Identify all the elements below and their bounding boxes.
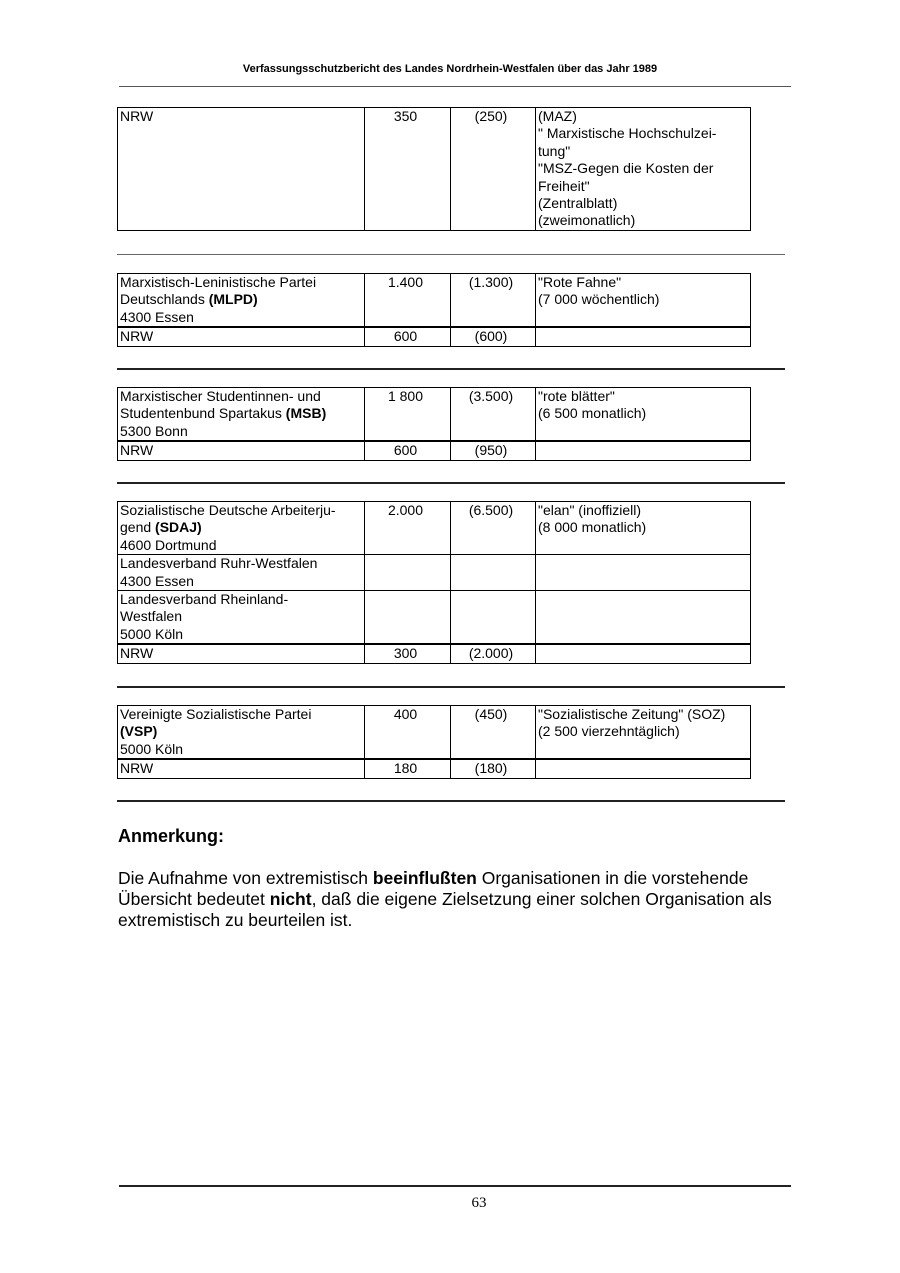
table-row: NRW350(250)(MAZ)" Marxistische Hochschul… <box>118 108 751 231</box>
publication-cell: "rote blätter"(6 500 monatlich) <box>536 388 751 442</box>
organization-name-cell: NRW <box>118 644 365 663</box>
header-divider <box>119 86 791 87</box>
organization-table: Marxistisch-Leninistische ParteiDeutschl… <box>117 273 751 347</box>
page-header-title: Verfassungsschutzbericht des Landes Nord… <box>0 63 900 75</box>
section-divider <box>117 254 785 255</box>
organization-table: Marxistischer Studentinnen- undStudenten… <box>117 387 751 461</box>
organization-name-cell: Marxistischer Studentinnen- undStudenten… <box>118 388 365 442</box>
table-row: NRW600(950) <box>118 441 751 460</box>
publication-cell: "Sozialistische Zeitung" (SOZ)(2 500 vie… <box>536 706 751 760</box>
members-cell: 1 800 <box>365 388 451 442</box>
organization-name-cell: Landesverband Ruhr-Westfalen4300 Essen <box>118 555 365 591</box>
members-cell <box>365 591 451 645</box>
organization-table: NRW350(250)(MAZ)" Marxistische Hochschul… <box>117 107 751 231</box>
organization-abbreviation: (VSP) <box>120 723 157 739</box>
previous-year-cell <box>451 591 536 645</box>
members-cell: 600 <box>365 441 451 460</box>
organization-table: Vereinigte Sozialistische Partei(VSP)500… <box>117 705 751 779</box>
publication-cell <box>536 644 751 663</box>
table-row: Landesverband Ruhr-Westfalen4300 Essen <box>118 555 751 591</box>
previous-year-cell: (250) <box>451 108 536 231</box>
organization-name-cell: Vereinigte Sozialistische Partei(VSP)500… <box>118 706 365 760</box>
members-cell: 300 <box>365 644 451 663</box>
section-divider <box>117 482 785 484</box>
previous-year-cell: (450) <box>451 706 536 760</box>
publication-cell <box>536 441 751 460</box>
organization-name-cell: Landesverband Rheinland-Westfalen5000 Kö… <box>118 591 365 645</box>
previous-year-cell <box>451 555 536 591</box>
previous-year-cell: (6.500) <box>451 502 536 555</box>
organization-table: Sozialistische Deutsche Arbeiterju-gend … <box>117 501 751 664</box>
publication-cell <box>536 327 751 346</box>
members-cell: 400 <box>365 706 451 760</box>
organization-abbreviation: (MLPD) <box>209 291 258 307</box>
section-divider <box>117 800 785 802</box>
previous-year-cell: (2.000) <box>451 644 536 663</box>
table-row: Landesverband Rheinland-Westfalen5000 Kö… <box>118 591 751 645</box>
section-divider <box>117 368 785 370</box>
table-row: NRW180(180) <box>118 759 751 778</box>
organization-name-cell: NRW <box>118 108 365 231</box>
members-cell: 1.400 <box>365 274 451 328</box>
publication-cell: (MAZ)" Marxistische Hochschulzei-tung""M… <box>536 108 751 231</box>
table-row: Sozialistische Deutsche Arbeiterju-gend … <box>118 502 751 555</box>
previous-year-cell: (3.500) <box>451 388 536 442</box>
members-cell: 180 <box>365 759 451 778</box>
previous-year-cell: (950) <box>451 441 536 460</box>
organization-name-cell: NRW <box>118 441 365 460</box>
table-row: Marxistischer Studentinnen- undStudenten… <box>118 388 751 442</box>
members-cell: 2.000 <box>365 502 451 555</box>
publication-cell <box>536 555 751 591</box>
table-row: NRW600(600) <box>118 327 751 346</box>
organization-name-cell: Sozialistische Deutsche Arbeiterju-gend … <box>118 502 365 555</box>
members-cell <box>365 555 451 591</box>
table-row: Vereinigte Sozialistische Partei(VSP)500… <box>118 706 751 760</box>
section-divider <box>117 686 785 688</box>
previous-year-cell: (180) <box>451 759 536 778</box>
publication-cell: "Rote Fahne"(7 000 wöchentlich) <box>536 274 751 328</box>
table-row: Marxistisch-Leninistische ParteiDeutschl… <box>118 274 751 328</box>
organization-name-cell: NRW <box>118 759 365 778</box>
note-heading: Anmerkung: <box>118 826 224 847</box>
publication-cell: "elan" (inoffiziell)(8 000 monatlich) <box>536 502 751 555</box>
members-cell: 350 <box>365 108 451 231</box>
table-row: NRW300(2.000) <box>118 644 751 663</box>
organization-name-cell: Marxistisch-Leninistische ParteiDeutschl… <box>118 274 365 328</box>
publication-cell <box>536 759 751 778</box>
publication-cell <box>536 591 751 645</box>
previous-year-cell: (600) <box>451 327 536 346</box>
organization-abbreviation: (MSB) <box>286 405 326 421</box>
previous-year-cell: (1.300) <box>451 274 536 328</box>
organization-abbreviation: (SDAJ) <box>155 519 202 535</box>
organization-name-cell: NRW <box>118 327 365 346</box>
page-number: 63 <box>0 1195 900 1212</box>
footer-divider <box>119 1185 791 1187</box>
members-cell: 600 <box>365 327 451 346</box>
note-paragraph: Die Aufnahme von extremistisch beeinfluß… <box>118 868 788 931</box>
